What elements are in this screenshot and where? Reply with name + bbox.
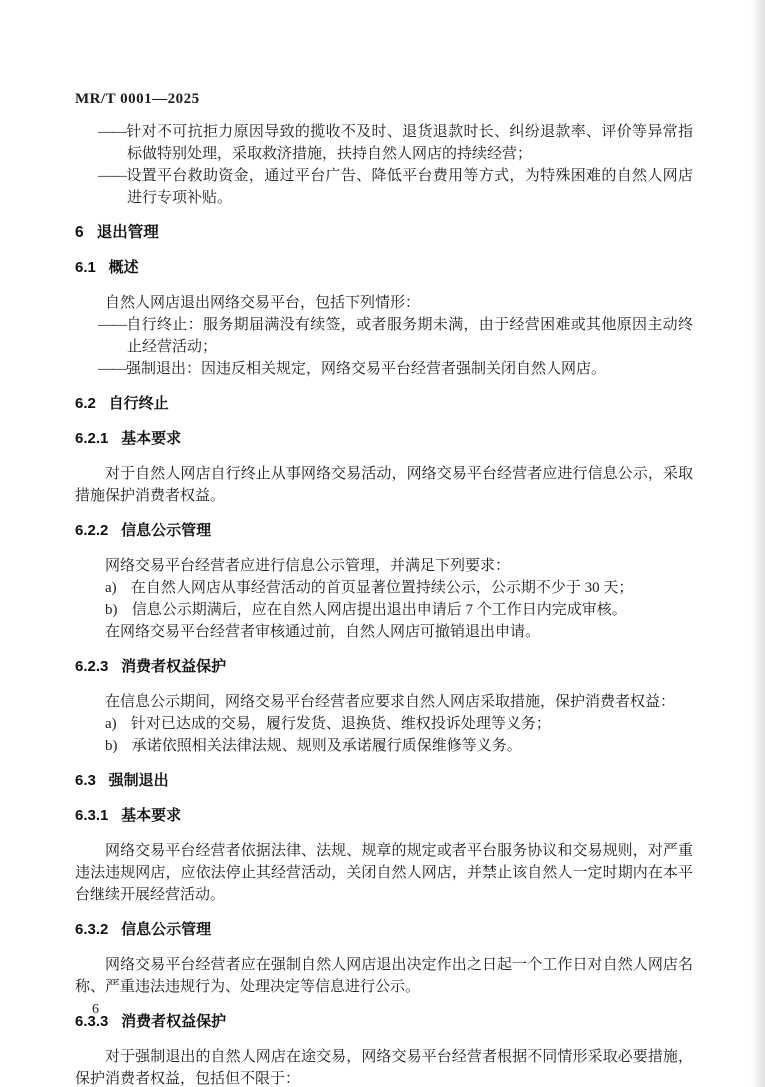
dash-prefix: ——	[98, 317, 126, 333]
section-heading-6-2: 6.2自行终止	[75, 393, 693, 415]
paragraph: 对于自然人网店自行终止从事网络交易活动，网络交易平台经营者应进行信息公示，采取措…	[75, 463, 693, 507]
dash-prefix: ——	[98, 124, 126, 140]
section-heading-6-3-3: 6.3.3消费者权益保护	[75, 1011, 693, 1033]
section-number: 6.3.2	[75, 921, 108, 938]
paragraph: 自然人网店退出网络交易平台，包括下列情形：	[75, 292, 693, 314]
list-item-text: 在自然人网店从事经营活动的首页显著位置持续公示，公示期不少于 30 天；	[131, 580, 634, 596]
section-number: 6.2.2	[75, 522, 108, 539]
section-heading-6-2-2: 6.2.2信息公示管理	[75, 520, 693, 542]
section-number: 6.2.3	[75, 658, 108, 675]
section-title: 概述	[109, 259, 139, 276]
situation-list: ——自行终止：服务期届满没有续签，或者服务期未满，由于经营困难或其他原因主动终止…	[75, 314, 693, 380]
list-item: ——自行终止：服务期届满没有续签，或者服务期未满，由于经营困难或其他原因主动终止…	[75, 314, 693, 358]
paragraph: 在网络交易平台经营者审核通过前，自然人网店可撤销退出申请。	[75, 621, 693, 643]
paragraph: 网络交易平台经营者应在强制自然人网店退出决定作出之日起一个工作日对自然人网店名称…	[75, 954, 693, 998]
page-number: 6	[92, 1002, 99, 1018]
section-title: 消费者权益保护	[121, 658, 226, 675]
section-title: 强制退出	[109, 772, 169, 789]
section-heading-6-3-2: 6.3.2信息公示管理	[75, 919, 693, 941]
list-item-label: a)	[105, 580, 117, 596]
ordered-list-item-a: a)针对已达成的交易，履行发货、退换货、维权投诉处理等义务；	[105, 713, 693, 735]
section-heading-6-2-3: 6.2.3消费者权益保护	[75, 656, 693, 678]
ordered-list-item-b: b)承诺依照相关法律法规、规则及承诺履行质保维修等义务。	[105, 735, 693, 757]
list-item-label: b)	[105, 602, 118, 618]
section-heading-6-2-1: 6.2.1基本要求	[75, 428, 693, 450]
section-title: 信息公示管理	[121, 921, 211, 938]
list-item-text: 自行终止：服务期届满没有续签，或者服务期未满，由于经营困难或其他原因主动终止经营…	[126, 317, 693, 355]
page-content: MR/T 0001—2025 ——针对不可抗拒力原因导致的揽收不及时、退货退款时…	[75, 88, 693, 1087]
list-item-text: 设置平台救助资金，通过平台广告、降低平台费用等方式，为特殊困难的自然人网店进行专…	[126, 168, 693, 206]
doc-header: MR/T 0001—2025	[75, 88, 693, 110]
paragraph: 在信息公示期间，网络交易平台经营者应要求自然人网店采取措施，保护消费者权益：	[75, 691, 693, 713]
ordered-list-item-b: b)信息公示期满后，应在自然人网店提出退出申请后 7 个工作日内完成审核。	[105, 599, 693, 621]
document-page: MR/T 0001—2025 ——针对不可抗拒力原因导致的揽收不及时、退货退款时…	[0, 0, 765, 1087]
list-item-text: 针对不可抗拒力原因导致的揽收不及时、退货退款时长、纠纷退款率、评价等异常指标做特…	[126, 124, 693, 162]
ordered-list-item-a: a)在自然人网店从事经营活动的首页显著位置持续公示，公示期不少于 30 天；	[105, 577, 693, 599]
section-title: 信息公示管理	[121, 522, 211, 539]
paragraph: 网络交易平台经营者应进行信息公示管理，并满足下列要求：	[75, 555, 693, 577]
section-title: 基本要求	[121, 430, 181, 447]
paragraph: 对于强制退出的自然人网店在途交易，网络交易平台经营者根据不同情形采取必要措施，保…	[75, 1046, 693, 1087]
list-item: ——设置平台救助资金，通过平台广告、降低平台费用等方式，为特殊困难的自然人网店进…	[75, 165, 693, 209]
page-edge-shadow	[751, 0, 765, 1087]
list-item: ——针对不可抗拒力原因导致的揽收不及时、退货退款时长、纠纷退款率、评价等异常指标…	[75, 121, 693, 165]
section-heading-6-1: 6.1概述	[75, 257, 693, 279]
dash-prefix: ——	[98, 361, 126, 377]
top-continuation-list: ——针对不可抗拒力原因导致的揽收不及时、退货退款时长、纠纷退款率、评价等异常指标…	[75, 121, 693, 209]
clause-heading-6: 6退出管理	[75, 222, 693, 244]
paragraph: 网络交易平台经营者依据法律、法规、规章的规定或者平台服务协议和交易规则，对严重违…	[75, 840, 693, 906]
section-heading-6-3-1: 6.3.1基本要求	[75, 805, 693, 827]
list-item-text: 承诺依照相关法律法规、规则及承诺履行质保维修等义务。	[132, 738, 522, 754]
dash-prefix: ——	[98, 168, 126, 184]
section-number: 6.3	[75, 772, 96, 789]
section-number: 6.1	[75, 259, 96, 276]
section-title: 消费者权益保护	[121, 1013, 226, 1030]
section-number: 6.2	[75, 395, 96, 412]
section-title: 基本要求	[121, 807, 181, 824]
clause-number: 6	[75, 224, 84, 241]
list-item-text: 信息公示期满后，应在自然人网店提出退出申请后 7 个工作日内完成审核。	[132, 602, 627, 618]
list-item-label: a)	[105, 716, 117, 732]
section-title: 自行终止	[109, 395, 169, 412]
clause-title: 退出管理	[97, 224, 159, 241]
section-number: 6.3.1	[75, 807, 108, 824]
list-item-label: b)	[105, 738, 118, 754]
list-item: ——强制退出：因违反相关规定，网络交易平台经营者强制关闭自然人网店。	[75, 358, 693, 380]
section-number: 6.2.1	[75, 430, 108, 447]
section-heading-6-3: 6.3强制退出	[75, 770, 693, 792]
list-item-text: 针对已达成的交易，履行发货、退换货、维权投诉处理等义务；	[131, 716, 551, 732]
list-item-text: 强制退出：因违反相关规定，网络交易平台经营者强制关闭自然人网店。	[126, 361, 606, 377]
